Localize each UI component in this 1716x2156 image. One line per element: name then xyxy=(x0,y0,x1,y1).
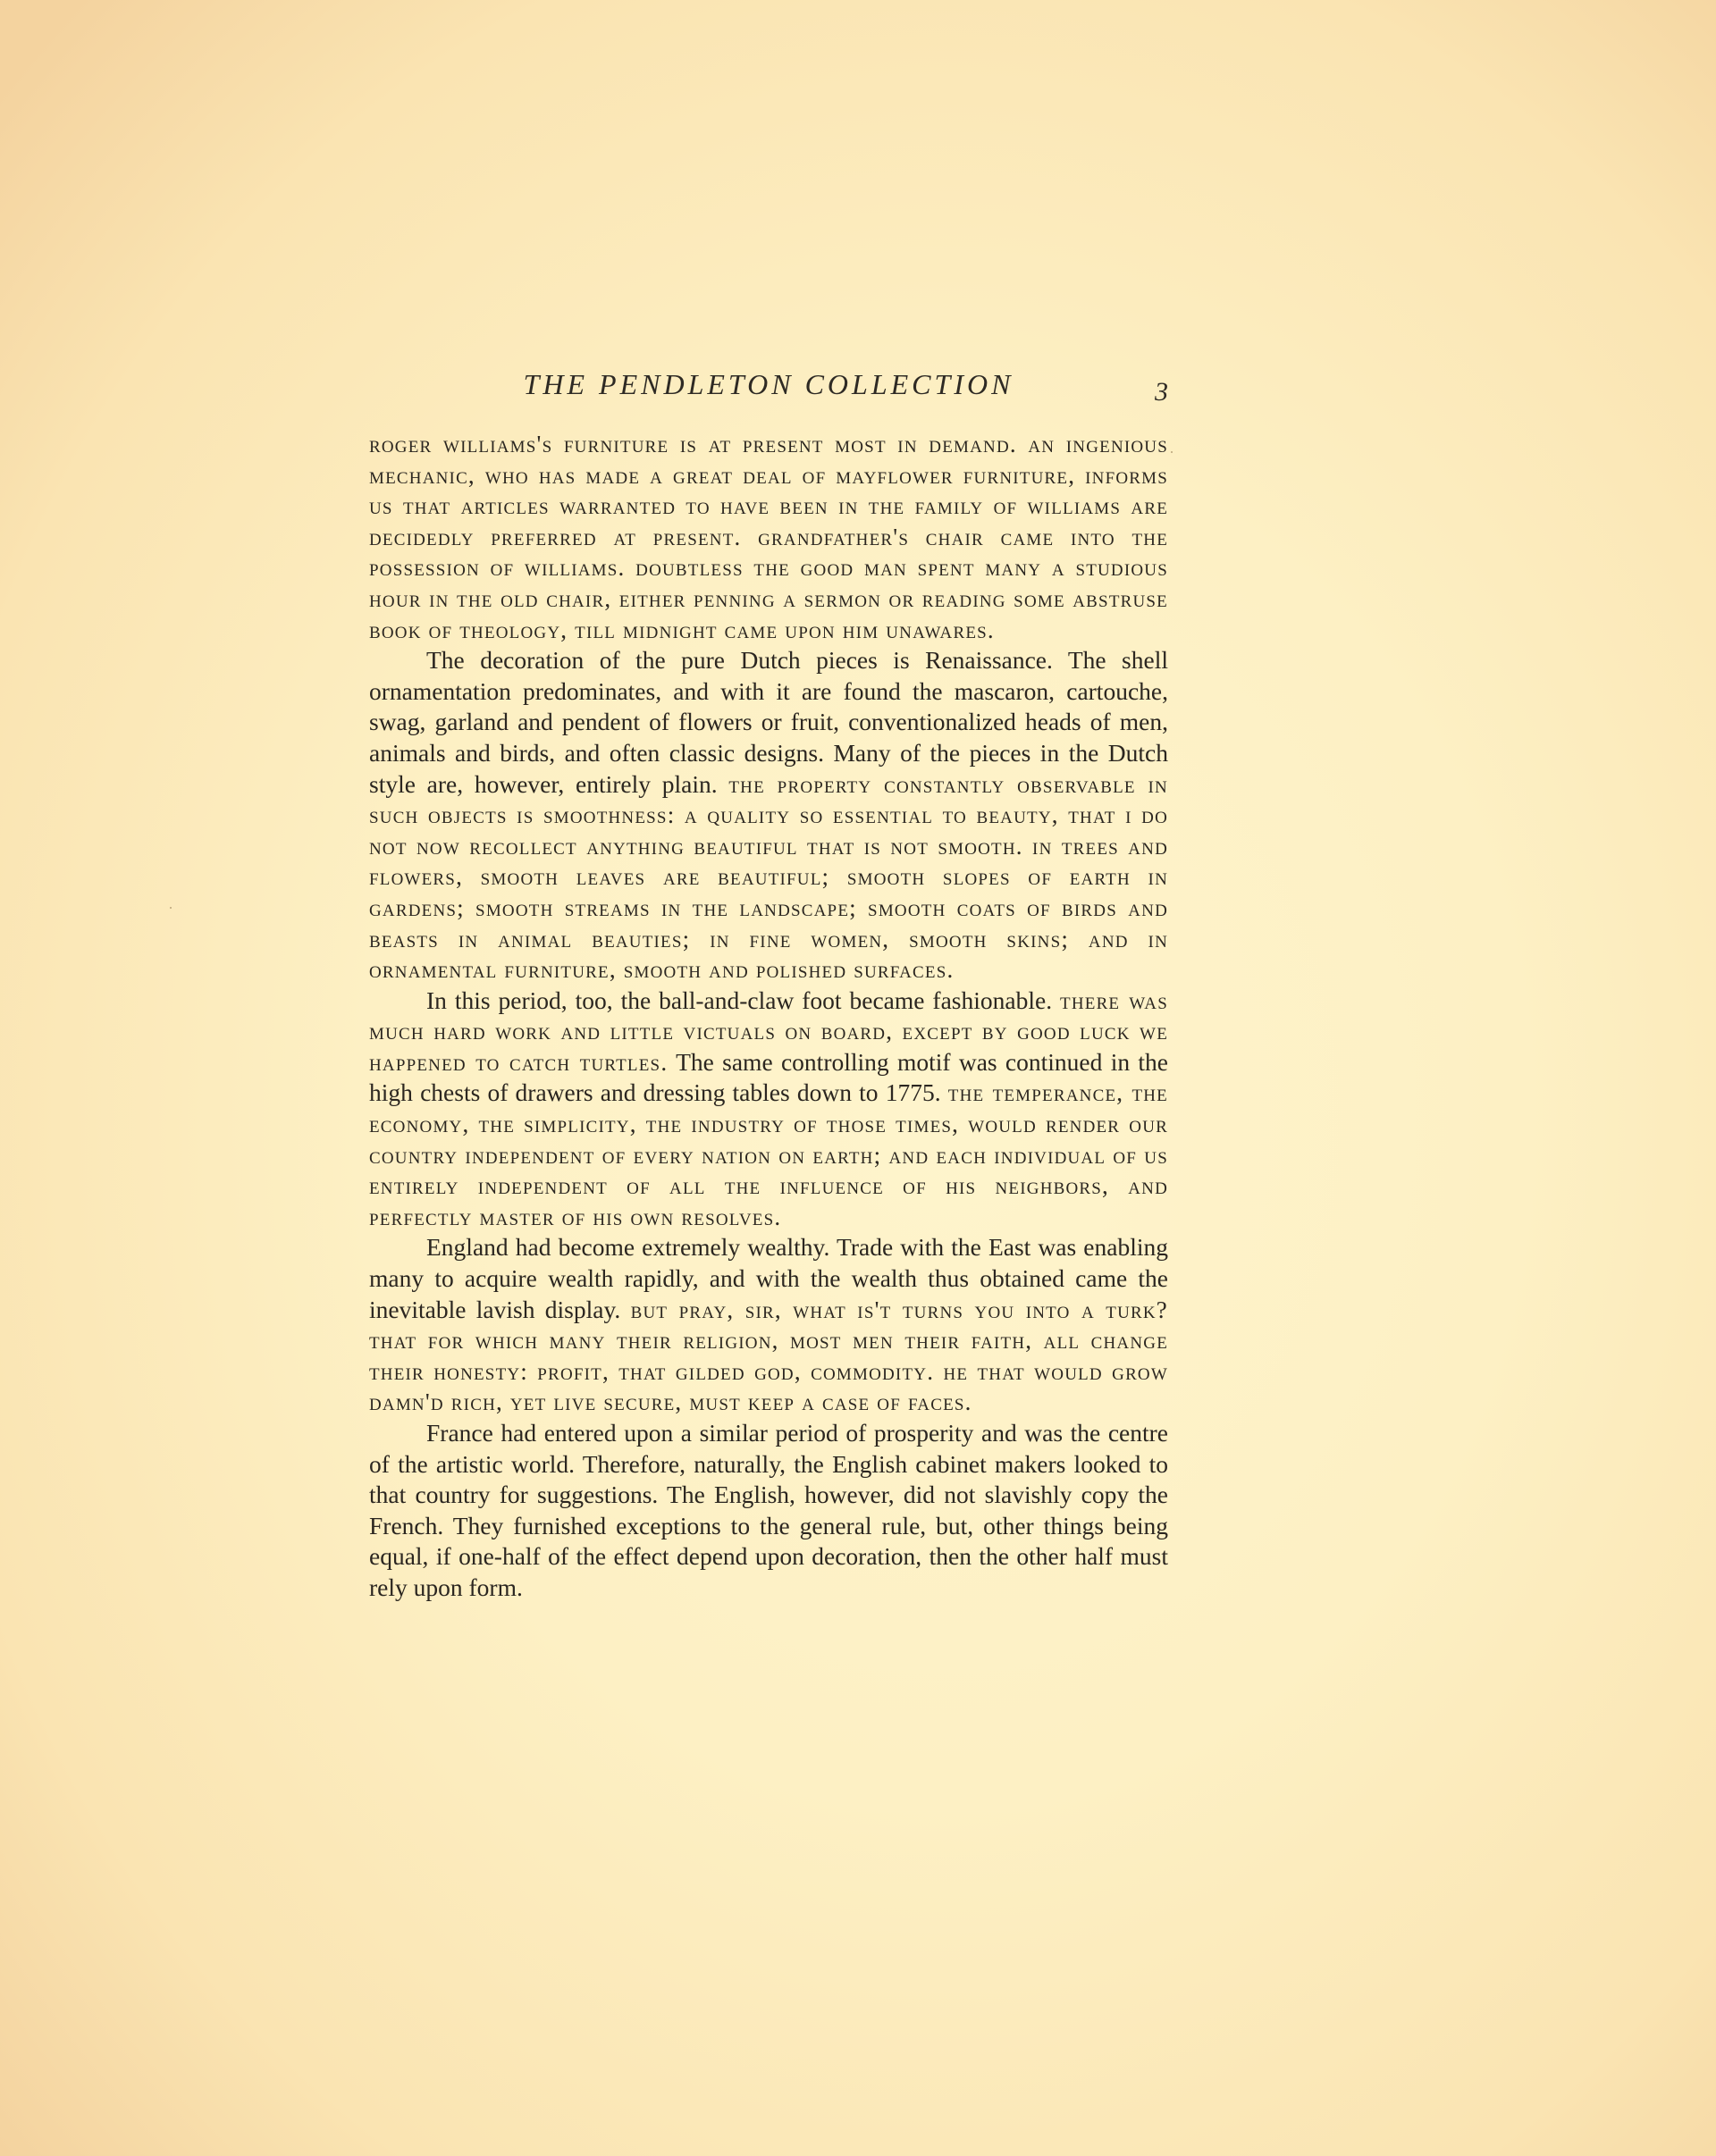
paper-speck xyxy=(1014,1188,1016,1190)
body-text: Roger Williams's furniture is at present… xyxy=(369,429,1168,1604)
running-head: THE PENDLETON COLLECTION 3 xyxy=(369,368,1168,413)
page-number: 3 xyxy=(1155,377,1168,407)
book-page: THE PENDLETON COLLECTION 3 Roger William… xyxy=(0,0,1716,2156)
body-run: France had entered upon a similar period… xyxy=(369,1419,1168,1601)
quotation-smallcaps: Roger Williams's furniture is at present… xyxy=(369,431,1168,643)
paragraph-5: France had entered upon a similar period… xyxy=(369,1418,1168,1604)
paragraph-4: England had become extremely wealthy. Tr… xyxy=(369,1232,1168,1418)
quotation-smallcaps: The property constantly observable in su… xyxy=(369,771,1168,984)
running-title: THE PENDLETON COLLECTION xyxy=(369,368,1168,401)
paragraph-2: The decoration of the pure Dutch pieces … xyxy=(369,645,1168,986)
body-run: In this period, too, the ball-and-claw f… xyxy=(426,986,1060,1014)
paper-speck xyxy=(170,907,172,909)
paragraph-3: In this period, too, the ball-and-claw f… xyxy=(369,986,1168,1233)
paper-speck xyxy=(1171,451,1173,453)
paragraph-1: Roger Williams's furniture is at present… xyxy=(369,429,1168,645)
